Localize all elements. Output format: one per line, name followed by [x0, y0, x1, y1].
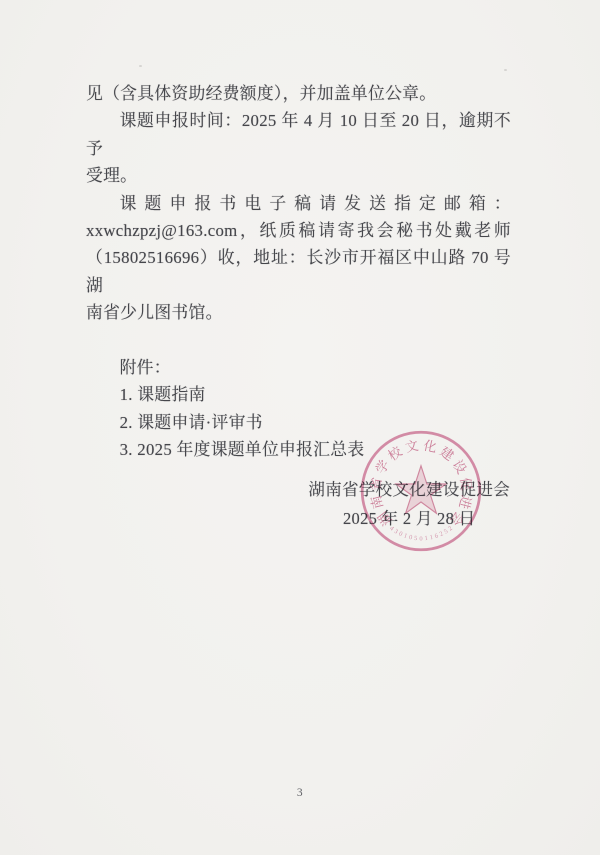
page-number: 3: [0, 787, 600, 799]
attachment-item: 1. 课题指南: [86, 381, 511, 408]
signature-block: 湖南省学校文化建设促进会 2025 年 2 月 28 日: [308, 476, 510, 534]
body-line: 南省少儿图书馆。: [86, 299, 511, 326]
attachment-item: 3. 2025 年度课题单位申报汇总表: [86, 436, 511, 463]
body-line: 受理。: [86, 162, 511, 189]
document-page: 见（含具体资助经费额度），并加盖单位公章。 课题申报时间：2025 年 4 月 …: [0, 0, 600, 855]
seal-serial-digit: 0: [419, 535, 422, 542]
body-line: 课题申报时间：2025 年 4 月 10 日至 20 日，逾期不予: [86, 107, 511, 162]
seal-serial-digit: 1: [429, 534, 434, 542]
document-body: 见（含具体资助经费额度），并加盖单位公章。 课题申报时间：2025 年 4 月 …: [86, 80, 511, 464]
body-line-phone-address: （15802516696）收，地址：长沙市开福区中山路 70 号湖: [86, 244, 511, 299]
body-line-email: xxwchzpzj@163.com，纸质稿请寄我会秘书处戴老师: [86, 217, 511, 244]
scan-speck: [504, 69, 507, 71]
scan-speck: [139, 65, 142, 67]
seal-serial-digit: 5: [414, 535, 418, 542]
seal-serial-digit: 1: [424, 535, 428, 542]
body-line: 课题申报书电子稿请发送指定邮箱：: [86, 190, 511, 217]
body-line: 见（含具体资助经费额度），并加盖单位公章。: [86, 80, 511, 107]
signature-date: 2025 年 2 月 28 日: [308, 505, 510, 534]
blank-line: [86, 327, 511, 354]
seal-serial-digit: 0: [408, 534, 413, 542]
attachment-item: 2. 课题申请·评审书: [86, 409, 511, 436]
signature-organization: 湖南省学校文化建设促进会: [308, 476, 510, 505]
attachments-label: 附件：: [86, 354, 511, 381]
